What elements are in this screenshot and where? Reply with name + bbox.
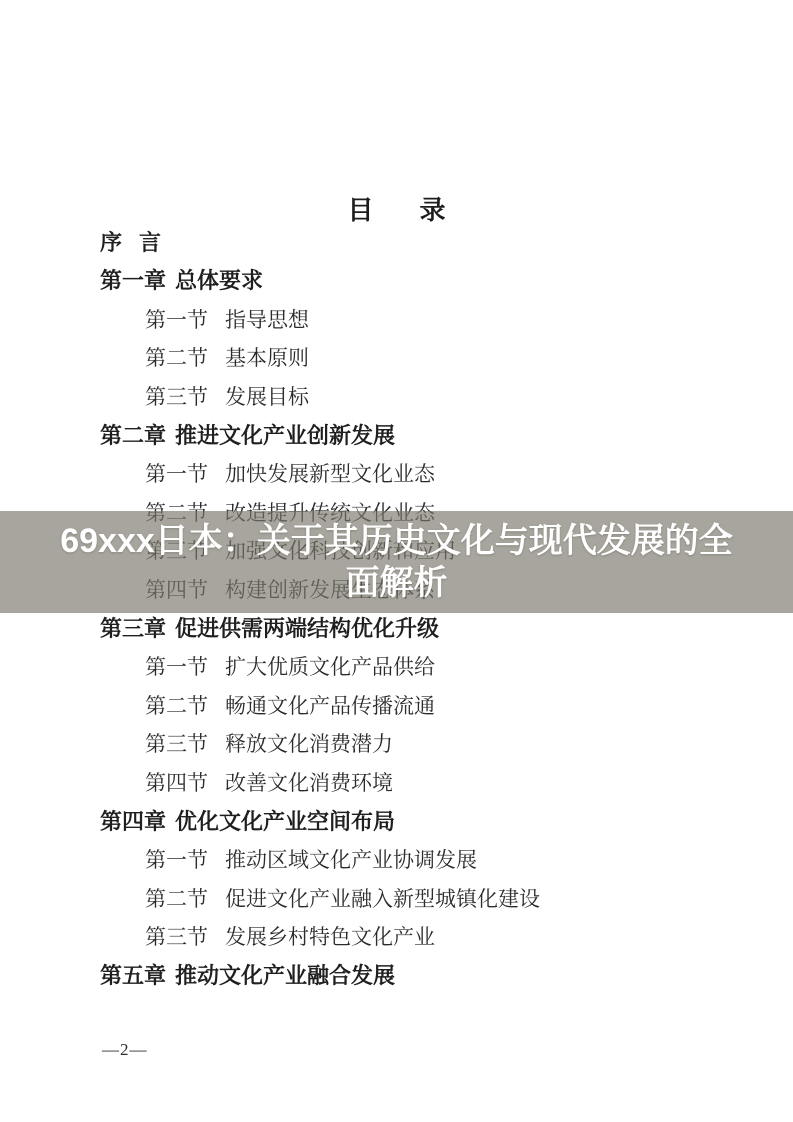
toc-title-left: 目 — [347, 195, 373, 225]
toc-row-num: 第二节 — [145, 346, 208, 370]
toc-row-num: 第一节 — [145, 848, 208, 872]
toc-row-section: 第一节加快发展新型文化业态 — [145, 462, 435, 486]
page-number: —2— — [102, 1040, 148, 1060]
toc-row-title: 改善文化消费环境 — [225, 771, 393, 795]
toc-row-num: 序 — [100, 230, 122, 255]
watermark-text-line-2: 面解析 — [346, 562, 448, 604]
toc-row-chapter-5: 第五章推动文化产业融合发展 — [100, 964, 395, 988]
toc-row-num: 第一章 — [100, 268, 166, 293]
toc-row-title: 促进供需两端结构优化升级 — [175, 616, 439, 641]
toc-row-section: 第二节畅通文化产品传播流通 — [145, 694, 435, 718]
toc-row-title: 加快发展新型文化业态 — [225, 462, 435, 486]
toc-row-section: 第四节改善文化消费环境 — [145, 771, 393, 795]
toc-row-num: 第四节 — [145, 771, 208, 795]
watermark-text-line-1: 69xxx日本：关于其历史文化与现代发展的全 — [60, 520, 733, 562]
toc-row-section: 第三节发展乡村特色文化产业 — [145, 925, 435, 949]
toc-row-section: 第三节释放文化消费潜力 — [145, 732, 393, 756]
toc-row-title: 畅通文化产品传播流通 — [225, 694, 435, 718]
toc-row-title: 发展目标 — [225, 385, 309, 409]
toc-row-title: 推动区域文化产业协调发展 — [225, 848, 477, 872]
toc-row-section: 第二节基本原则 — [145, 346, 309, 370]
toc-row-num: 第二节 — [145, 694, 208, 718]
toc-row-preface: 序言 — [100, 231, 161, 255]
toc-row-title: 发展乡村特色文化产业 — [225, 925, 435, 949]
toc-row-title: 言 — [139, 230, 161, 255]
toc-row-title: 基本原则 — [225, 346, 309, 370]
toc-row-title: 扩大优质文化产品供给 — [225, 655, 435, 679]
toc-row-section: 第一节指导思想 — [145, 308, 309, 332]
toc-row-title: 推动文化产业融合发展 — [175, 963, 395, 988]
toc-row-num: 第二章 — [100, 423, 166, 448]
toc-row-num: 第一节 — [145, 655, 208, 679]
toc-row-chapter-3: 第三章促进供需两端结构优化升级 — [100, 617, 439, 641]
toc-row-num: 第三节 — [145, 385, 208, 409]
toc-row-chapter-2: 第二章推进文化产业创新发展 — [100, 424, 395, 448]
toc-title-right: 录 — [420, 195, 446, 225]
toc-row-chapter-4: 第四章优化文化产业空间布局 — [100, 810, 395, 834]
toc-row-num: 第二节 — [145, 887, 208, 911]
toc-row-chapter-1: 第一章总体要求 — [100, 269, 263, 293]
toc-row-title: 促进文化产业融入新型城镇化建设 — [225, 887, 540, 911]
toc-row-num: 第三节 — [145, 925, 208, 949]
toc-row-section: 第一节推动区域文化产业协调发展 — [145, 848, 477, 872]
toc-row-title: 释放文化消费潜力 — [225, 732, 393, 756]
toc-row-title: 推进文化产业创新发展 — [175, 423, 395, 448]
toc-row-num: 第三节 — [145, 732, 208, 756]
toc-row-section: 第二节促进文化产业融入新型城镇化建设 — [145, 887, 540, 911]
toc-row-num: 第三章 — [100, 616, 166, 641]
toc-title: 目录 — [0, 190, 793, 227]
toc-row-section: 第三节发展目标 — [145, 385, 309, 409]
toc-row-num: 第五章 — [100, 963, 166, 988]
toc-row-title: 优化文化产业空间布局 — [175, 809, 395, 834]
toc-row-title: 指导思想 — [225, 308, 309, 332]
toc-row-num: 第四章 — [100, 809, 166, 834]
toc-row-num: 第一节 — [145, 308, 208, 332]
toc-row-num: 第一节 — [145, 462, 208, 486]
toc-row-section: 第一节扩大优质文化产品供给 — [145, 655, 435, 679]
document-page: 目录 序言 第一章总体要求 第一节指导思想 第二节基本原则 第三节发展目标 第二… — [0, 0, 793, 1122]
toc-row-title: 总体要求 — [175, 268, 263, 293]
watermark-overlay-band: 69xxx日本：关于其历史文化与现代发展的全 面解析 — [0, 511, 793, 613]
